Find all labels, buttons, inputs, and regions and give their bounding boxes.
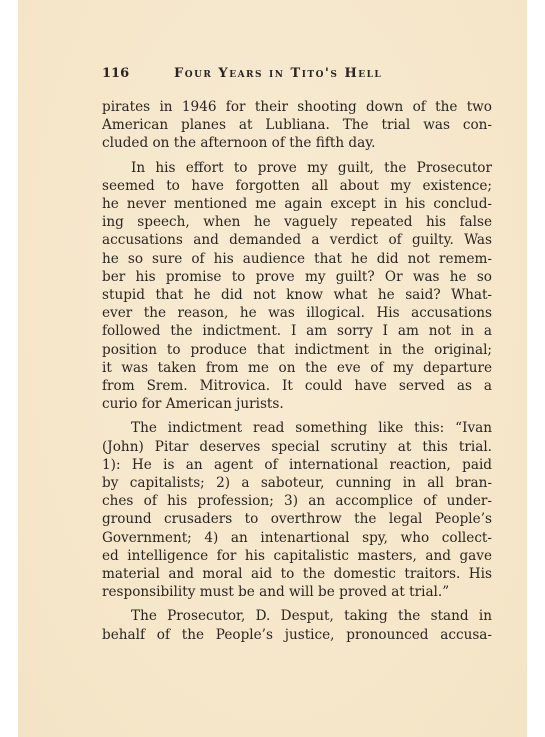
book-page: 116 Four Years in Tito's Hell pirates in…: [18, 0, 527, 737]
text-line: responsibility must be and will be prove…: [102, 583, 492, 601]
text-line: In his effort to prove my guilt, the Pro…: [102, 159, 492, 177]
text-line: by capitalists; 2) a saboteur, cunning i…: [102, 474, 492, 492]
text-line: position to produce that indictment in t…: [102, 341, 492, 359]
text-line: The Prosecutor, D. Desput, taking the st…: [102, 607, 492, 625]
text-line: ber his promise to prove my guilt? Or wa…: [102, 268, 492, 286]
page-body: pirates in 1946 for their shooting down …: [102, 98, 492, 644]
paragraph-4: The Prosecutor, D. Desput, taking the st…: [102, 607, 492, 643]
text-line: ing speech, when he vaguely repeated his…: [102, 213, 492, 231]
text-line: The indictment read something like this:…: [102, 419, 492, 437]
text-line: behalf of the People’s justice, pronounc…: [102, 626, 492, 644]
paragraph-2: In his effort to prove my guilt, the Pro…: [102, 159, 492, 414]
text-line: American planes at Lubliana. The trial w…: [102, 116, 492, 134]
text-line: it was taken from me on the eve of my de…: [102, 359, 492, 377]
text-line: followed the indictment. I am sorry I am…: [102, 322, 492, 340]
text-line: ever the reason, he was illogical. His a…: [102, 304, 492, 322]
paragraph-3: The indictment read something like this:…: [102, 419, 492, 601]
text-line: ed intelligence for his capitalistic mas…: [102, 547, 492, 565]
text-line: seemed to have forgotten all about my ex…: [102, 177, 492, 195]
text-line: cluded on the afternoon of the fifth day…: [102, 134, 492, 152]
text-line: material and moral aid to the domestic t…: [102, 565, 492, 583]
text-line: 1): He is an agent of international reac…: [102, 456, 492, 474]
text-line: ground crusaders to overthrow the legal …: [102, 510, 492, 528]
text-line: ches of his profession; 3) an accomplice…: [102, 492, 492, 510]
text-line: curio for American jurists.: [102, 395, 492, 413]
text-line: pirates in 1946 for their shooting down …: [102, 98, 492, 116]
text-line: he never mentioned me again except in hi…: [102, 195, 492, 213]
running-title: Four Years in Tito's Hell: [174, 66, 382, 81]
text-line: he so sure of his audience that he did n…: [102, 250, 492, 268]
text-line: (John) Pitar deserves special scrutiny a…: [102, 438, 492, 456]
paragraph-1: pirates in 1946 for their shooting down …: [102, 98, 492, 153]
page-number: 116: [102, 66, 129, 81]
text-line: accusations and demanded a verdict of gu…: [102, 231, 492, 249]
text-line: Government; 4) an intenartional spy, who…: [102, 529, 492, 547]
text-line: stupid that he did not know what he said…: [102, 286, 492, 304]
text-line: from Srem. Mitrovica. It could have serv…: [102, 377, 492, 395]
